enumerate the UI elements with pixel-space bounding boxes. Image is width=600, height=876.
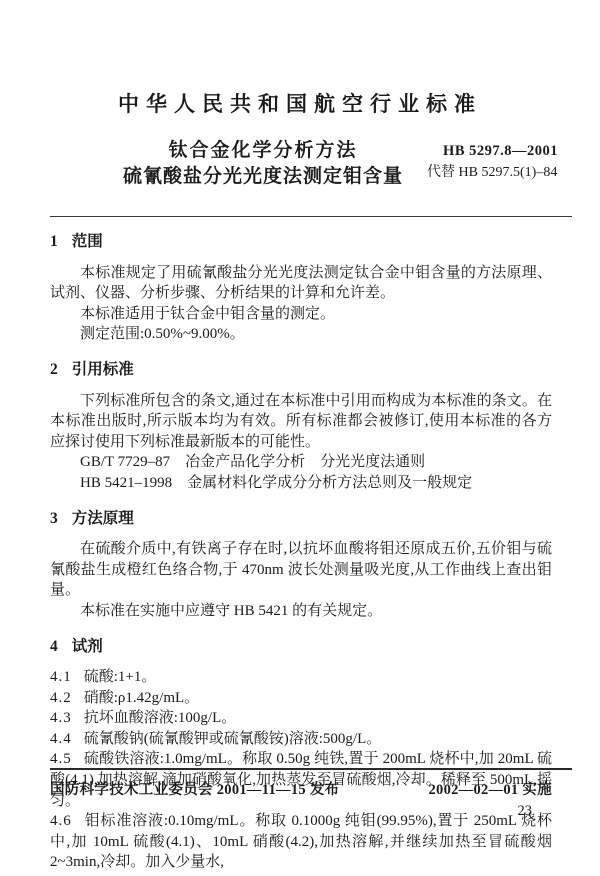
section-number: 4 bbox=[50, 638, 58, 655]
reagent-item: 4.2硝酸:ρ1.42g/mL。 bbox=[50, 688, 552, 709]
issuing-authority-and-date: 国防科学技术工业委员会 2001—11—15 发布 bbox=[50, 778, 339, 799]
reagent-item-text: 钼标准溶液:0.10mg/mL。称取 0.1000g 纯钼(99.95%),置于… bbox=[50, 813, 552, 870]
section-title: 引用标准 bbox=[72, 361, 134, 378]
replaced-standard-code: 代替 HB 5297.5(1)–84 bbox=[427, 162, 558, 184]
page-number: 23 bbox=[518, 803, 533, 820]
section-title: 方法原理 bbox=[72, 510, 134, 527]
document-title-line1: 钛合金化学分析方法 bbox=[105, 138, 421, 164]
section-heading-reagents: 4试剂 bbox=[50, 637, 552, 658]
reagent-item: 4.6钼标准溶液:0.10mg/mL。称取 0.1000g 纯钼(99.95%)… bbox=[50, 811, 552, 873]
reagent-item-number: 4.2 bbox=[50, 688, 72, 709]
document-footer: 国防科学技术工业委员会 2001—11—15 发布 2002—02—01 实施 bbox=[50, 778, 552, 799]
document-body: 1范围 本标准规定了用硫氰酸盐分光光度法测定钛合金中钼含量的方法原理、试剂、仪器… bbox=[50, 232, 552, 873]
section-title: 范围 bbox=[72, 233, 103, 250]
paragraph: 本标准规定了用硫氰酸盐分光光度法测定钛合金中钼含量的方法原理、试剂、仪器、分析步… bbox=[50, 263, 552, 304]
reagent-item: 4.1硫酸:1+1。 bbox=[50, 667, 552, 688]
section-heading-principle: 3方法原理 bbox=[50, 509, 552, 530]
reagent-item-number: 4.3 bbox=[50, 708, 72, 729]
document-title-line2: 硫氰酸盐分光光度法测定钼含量 bbox=[105, 164, 421, 190]
section-number: 2 bbox=[50, 361, 58, 378]
paragraph: 在硫酸介质中,有铁离子存在时,以抗坏血酸将钼还原成五价,五价钼与硫氰酸盐生成橙红… bbox=[50, 539, 552, 601]
footer-divider-rule bbox=[50, 768, 572, 770]
paragraph: 下列标准所包含的条文,通过在本标准中引用而构成为本标准的条文。在本标准出版时,所… bbox=[50, 391, 552, 453]
reagent-item: 4.4硫氰酸钠(硫氰酸钾或硫氰酸铵)溶液:500g/L。 bbox=[50, 729, 552, 750]
header-divider-rule bbox=[50, 216, 572, 217]
document-title: 钛合金化学分析方法 硫氰酸盐分光光度法测定钼含量 bbox=[50, 138, 421, 190]
title-block: 钛合金化学分析方法 硫氰酸盐分光光度法测定钼含量 HB 5297.8—2001 … bbox=[0, 138, 600, 190]
reagent-item-text: 硝酸:ρ1.42g/mL。 bbox=[84, 690, 199, 706]
document-page: 中华人民共和国航空行业标准 钛合金化学分析方法 硫氰酸盐分光光度法测定钼含量 H… bbox=[0, 0, 600, 876]
footer-divider-wrap bbox=[0, 768, 600, 770]
reagent-item-number: 4.5 bbox=[50, 749, 72, 770]
section-heading-references: 2引用标准 bbox=[50, 360, 552, 381]
section-number: 1 bbox=[50, 233, 58, 250]
standard-code: HB 5297.8—2001 bbox=[427, 140, 558, 162]
paragraph: 本标准在实施中应遵守 HB 5421 的有关规定。 bbox=[50, 601, 552, 622]
reagent-item-number: 4.6 bbox=[50, 811, 72, 832]
section-number: 3 bbox=[50, 510, 58, 527]
reagent-item-number: 4.1 bbox=[50, 667, 72, 688]
reagent-item-text: 抗坏血酸溶液:100g/L。 bbox=[84, 710, 237, 726]
paragraph: 本标准适用于钛合金中钼含量的测定。 bbox=[50, 304, 552, 325]
referenced-standard-entry: GB/T 7729–87 冶金产品化学分析 分光光度法通则 bbox=[80, 452, 552, 473]
paragraph: 测定范围:0.50%~9.00%。 bbox=[50, 324, 552, 345]
reagent-item-text: 硫氰酸钠(硫氰酸钾或硫氰酸铵)溶液:500g/L。 bbox=[84, 731, 382, 747]
section-title: 试剂 bbox=[72, 638, 103, 655]
reagent-item-text: 硫酸:1+1。 bbox=[84, 669, 157, 685]
implementation-date: 2002—02—01 实施 bbox=[428, 778, 552, 799]
standard-code-block: HB 5297.8—2001 代替 HB 5297.5(1)–84 bbox=[427, 138, 558, 184]
standard-type-title: 中华人民共和国航空行业标准 bbox=[0, 88, 600, 118]
reagent-item-number: 4.4 bbox=[50, 729, 72, 750]
referenced-standard-entry: HB 5421–1998 金属材料化学成分分析方法总则及一般规定 bbox=[80, 473, 552, 494]
reagent-item: 4.3抗坏血酸溶液:100g/L。 bbox=[50, 708, 552, 729]
section-heading-scope: 1范围 bbox=[50, 232, 552, 253]
